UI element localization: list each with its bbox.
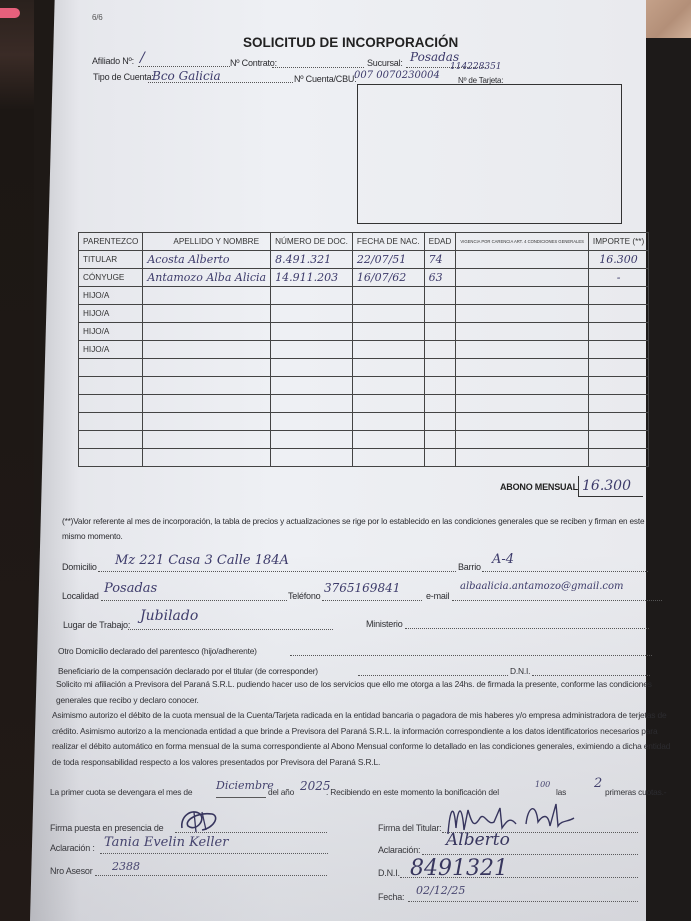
otro-domicilio-field[interactable]: [290, 655, 652, 656]
asesor-label: Nro Asesor: [50, 866, 93, 876]
cell-doc[interactable]: [271, 287, 353, 305]
telefono-line: [322, 600, 422, 601]
aclaracion-left-line: [100, 853, 328, 854]
cell-edad[interactable]: [424, 359, 456, 377]
barrio-field[interactable]: A-4: [492, 552, 514, 567]
table-row: CÓNYUGEAntamozo Alba Alicia14.911.20316/…: [79, 269, 649, 287]
contrato-label: Nº Contrato:: [230, 58, 277, 68]
cell-vigencia[interactable]: [456, 377, 589, 395]
telefono-label: Teléfono: [288, 591, 320, 601]
tipo-cuenta-label: Tipo de Cuenta:: [93, 72, 154, 82]
cell-parentezco: TITULAR: [79, 251, 143, 269]
cell-edad[interactable]: [424, 323, 456, 341]
domicilio-line: [98, 571, 456, 572]
form-title: SOLICITUD DE INCORPORACIÓN: [243, 35, 458, 50]
table-row: [79, 359, 649, 377]
cell-fecha-nac[interactable]: [352, 287, 424, 305]
cell-parentezco: [79, 449, 143, 467]
table-row: [79, 395, 649, 413]
table-row: [79, 413, 649, 431]
cell-vigencia[interactable]: [456, 323, 589, 341]
aclaracion-right-line: [422, 854, 638, 855]
cell-importe[interactable]: -: [588, 269, 648, 287]
cell-importe[interactable]: [588, 377, 648, 395]
table-row: HIJO/A: [79, 341, 649, 359]
trabajo-line: [128, 629, 333, 630]
fecha-line: [408, 901, 638, 902]
card-attachment-box: [357, 84, 622, 224]
table-row: HIJO/A: [79, 323, 649, 341]
cell-vigencia[interactable]: [456, 413, 589, 431]
cell-nombre[interactable]: [143, 305, 271, 323]
cuota-bonif-field[interactable]: 100: [535, 780, 550, 789]
cell-vigencia[interactable]: [456, 449, 589, 467]
cell-edad[interactable]: [424, 413, 456, 431]
beneficiario-label: Beneficiario de la compensación declarad…: [58, 666, 318, 676]
dni-field[interactable]: 8491321: [410, 856, 508, 881]
cell-nombre[interactable]: [143, 341, 271, 359]
cell-fecha-nac[interactable]: [352, 341, 424, 359]
cuota-anio-label: del año: [268, 787, 294, 797]
cell-parentezco: [79, 395, 143, 413]
cuota-bonif-text: . Recibiendo en este momento la bonifica…: [326, 787, 499, 797]
cell-doc[interactable]: [271, 305, 353, 323]
page-number: 6/6: [92, 13, 103, 22]
cell-doc[interactable]: [271, 377, 353, 395]
cell-vigencia[interactable]: [456, 305, 589, 323]
cuota-prefix: La primer cuota se devengara el mes de: [50, 787, 192, 797]
cell-importe[interactable]: [588, 341, 648, 359]
cell-fecha-nac[interactable]: [352, 395, 424, 413]
footnote-text: (**)Valor referente al mes de incorporac…: [62, 514, 652, 544]
domicilio-field[interactable]: Mz 221 Casa 3 Calle 184A: [115, 553, 289, 568]
cell-fecha-nac[interactable]: 16/07/62: [352, 269, 424, 287]
cell-doc[interactable]: [271, 359, 353, 377]
cell-doc[interactable]: [271, 449, 353, 467]
aclaracion-right-field[interactable]: Alberto: [446, 830, 510, 850]
cell-vigencia[interactable]: [456, 269, 589, 287]
cell-edad[interactable]: [424, 431, 456, 449]
cell-fecha-nac[interactable]: [352, 305, 424, 323]
cell-parentezco: [79, 359, 143, 377]
abono-mensual-label: ABONO MENSUAL: [500, 482, 578, 492]
cell-importe[interactable]: [588, 305, 648, 323]
tipo-cuenta-field[interactable]: Bco Galicia: [152, 69, 221, 83]
cell-fecha-nac[interactable]: [352, 431, 424, 449]
barrio-line: [482, 571, 648, 572]
cell-fecha-nac[interactable]: [352, 377, 424, 395]
cell-parentezco: CÓNYUGE: [79, 269, 143, 287]
presencia-signature: [176, 806, 222, 836]
cell-doc[interactable]: [271, 413, 353, 431]
cell-fecha-nac[interactable]: [352, 413, 424, 431]
cell-importe[interactable]: [588, 431, 648, 449]
table-row: HIJO/A: [79, 287, 649, 305]
localidad-label: Localidad: [62, 591, 99, 601]
cell-vigencia[interactable]: [456, 359, 589, 377]
table-row: [79, 431, 649, 449]
column-header: NÚMERO DE DOC.: [271, 233, 353, 251]
cell-parentezco: HIJO/A: [79, 323, 143, 341]
localidad-line: [101, 600, 287, 601]
cell-parentezco: HIJO/A: [79, 287, 143, 305]
afiliado-field[interactable]: /: [140, 50, 145, 66]
cell-nombre[interactable]: [143, 413, 271, 431]
table-row: TITULARAcosta Alberto8.491.32122/07/5174…: [79, 251, 649, 269]
asesor-line: [95, 875, 327, 876]
asesor-field[interactable]: 2388: [112, 860, 140, 873]
sucursal-label: Sucursal:: [367, 58, 403, 68]
legal-paragraph-2: Asimismo autorizo el débito de la cuota …: [52, 708, 674, 771]
aclaracion-left-field[interactable]: Tania Evelin Keller: [104, 835, 228, 850]
table-header-row: PARENTEZCO APELLIDO Y NOMBRE NÚMERO DE D…: [79, 233, 649, 251]
cell-importe[interactable]: [588, 413, 648, 431]
cell-fecha-nac[interactable]: 22/07/51: [352, 251, 424, 269]
column-header: IMPORTE (**): [588, 233, 648, 251]
cell-edad[interactable]: [424, 305, 456, 323]
beneficiario-dni-field[interactable]: [532, 675, 650, 676]
cell-nombre[interactable]: [143, 377, 271, 395]
background-object: [0, 8, 20, 18]
cell-edad[interactable]: 74: [424, 251, 456, 269]
cuota-mes-field[interactable]: Diciembre: [216, 779, 274, 792]
cell-edad[interactable]: 63: [424, 269, 456, 287]
cell-nombre[interactable]: Antamozo Alba Alicia: [143, 269, 271, 287]
cell-edad[interactable]: [424, 287, 456, 305]
cell-nombre[interactable]: [143, 359, 271, 377]
cell-doc[interactable]: [271, 395, 353, 413]
members-table: PARENTEZCO APELLIDO Y NOMBRE NÚMERO DE D…: [78, 232, 649, 467]
cell-edad[interactable]: [424, 341, 456, 359]
aclaracion-right-label: Aclaración:: [378, 845, 420, 855]
ministerio-field[interactable]: [405, 628, 649, 629]
firma-presencia-label: Firma puesta en presencia de: [50, 823, 163, 833]
firma-titular-label: Firma del Titular:: [378, 823, 441, 833]
cell-vigencia[interactable]: [456, 431, 589, 449]
cuenta-cbu-field[interactable]: 007 0070230004: [354, 70, 440, 81]
cell-nombre[interactable]: [143, 449, 271, 467]
cell-importe[interactable]: [588, 395, 648, 413]
contrato-field[interactable]: [272, 67, 364, 68]
trabajo-label: Lugar de Trabajo:: [63, 620, 130, 630]
cell-importe[interactable]: [588, 359, 648, 377]
table-row: [79, 449, 649, 467]
ministerio-label: Ministerio: [366, 619, 403, 629]
cell-nombre[interactable]: [143, 287, 271, 305]
beneficiario-dni-label: D.N.I.: [510, 666, 530, 676]
cell-edad[interactable]: [424, 449, 456, 467]
cell-doc[interactable]: 14.911.203: [271, 269, 353, 287]
telefono-field[interactable]: 3765169841: [324, 581, 400, 595]
cuota-las-label: las: [556, 787, 566, 797]
cell-parentezco: [79, 377, 143, 395]
background-fabric: [0, 0, 34, 921]
table-row: HIJO/A: [79, 305, 649, 323]
cell-fecha-nac[interactable]: [352, 323, 424, 341]
cell-importe[interactable]: [588, 287, 648, 305]
email-field[interactable]: albaalicia.antamozo@gmail.com: [460, 581, 624, 592]
cell-importe[interactable]: [588, 449, 648, 467]
cell-edad[interactable]: [424, 395, 456, 413]
cell-nombre[interactable]: [143, 323, 271, 341]
cuota-suffix: primeras cuotas.-: [605, 787, 666, 797]
cell-parentezco: HIJO/A: [79, 305, 143, 323]
cell-edad[interactable]: [424, 377, 456, 395]
afiliado-label: Afiliado Nº:: [92, 56, 134, 66]
email-line: [452, 600, 662, 601]
cell-vigencia[interactable]: [456, 287, 589, 305]
cell-fecha-nac[interactable]: [352, 359, 424, 377]
cell-doc[interactable]: 8.491.321: [271, 251, 353, 269]
otro-domicilio-label: Otro Domicilio declarado del parentesco …: [58, 646, 257, 656]
cell-importe[interactable]: 16.300: [588, 251, 648, 269]
column-header: VIGENCIA POR CARENCIA ART. 4 CONDICIONES…: [456, 233, 589, 251]
cell-doc[interactable]: [271, 431, 353, 449]
cell-parentezco: HIJO/A: [79, 341, 143, 359]
cell-doc[interactable]: [271, 323, 353, 341]
dni-label: D.N.I.: [378, 868, 400, 878]
cell-fecha-nac[interactable]: [352, 449, 424, 467]
cuota-mes-line: [216, 797, 266, 798]
aclaracion-left-label: Aclaración :: [50, 843, 95, 853]
cell-vigencia[interactable]: [456, 251, 589, 269]
trabajo-field[interactable]: Jubilado: [140, 608, 198, 624]
abono-mensual-value[interactable]: 16.300: [582, 478, 631, 494]
cuota-num-field[interactable]: 2: [594, 776, 602, 791]
cell-parentezco: [79, 413, 143, 431]
cuenta-cbu-label: Nº Cuenta/CBU:: [294, 74, 357, 84]
column-header: PARENTEZCO: [79, 233, 143, 251]
barrio-label: Barrio: [458, 562, 481, 572]
cell-parentezco: [79, 431, 143, 449]
cuenta-cbu-extra[interactable]: 114228351: [450, 62, 502, 72]
fecha-label: Fecha:: [378, 892, 404, 902]
column-header: EDAD: [424, 233, 456, 251]
table-row: [79, 377, 649, 395]
column-header: FECHA DE NAC.: [352, 233, 424, 251]
column-header: APELLIDO Y NOMBRE: [143, 233, 271, 251]
domicilio-label: Domicilio: [62, 562, 97, 572]
afiliado-line: [138, 66, 230, 67]
legal-paragraph-1: Solicito mi afiliación a Previsora del P…: [56, 677, 672, 708]
cell-nombre[interactable]: Acosta Alberto: [143, 251, 271, 269]
cell-doc[interactable]: [271, 341, 353, 359]
cell-importe[interactable]: [588, 323, 648, 341]
cell-nombre[interactable]: [143, 395, 271, 413]
cell-vigencia[interactable]: [456, 341, 589, 359]
fecha-field[interactable]: 02/12/25: [416, 884, 465, 897]
cell-nombre[interactable]: [143, 431, 271, 449]
email-label: e-mail: [426, 591, 449, 601]
cell-vigencia[interactable]: [456, 395, 589, 413]
localidad-field[interactable]: Posadas: [104, 581, 157, 596]
beneficiario-field[interactable]: [358, 675, 508, 676]
